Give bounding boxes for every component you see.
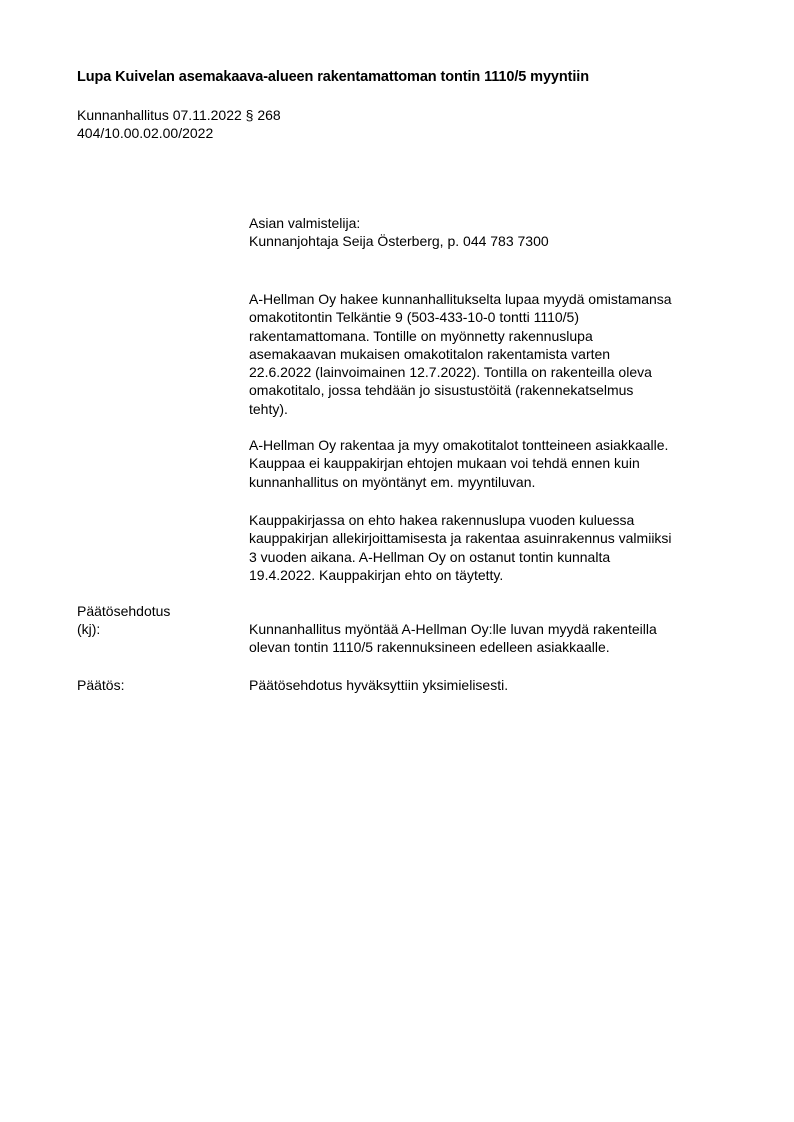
text-line: tehty).: [249, 400, 739, 418]
text-line: Päätösehdotus hyväksyttiin yksimielisest…: [249, 676, 739, 694]
proposal-label-line1: Päätösehdotus: [77, 602, 170, 620]
decision-text: Päätösehdotus hyväksyttiin yksimielisest…: [249, 676, 739, 694]
paragraph-sales: A-Hellman Oy rakentaa ja myy omakotitalo…: [249, 436, 739, 491]
record-number: 404/10.00.02.00/2022: [77, 124, 213, 142]
document-title: Lupa Kuivelan asemakaava-alueen rakentam…: [77, 69, 589, 85]
text-line: rakentamattomana. Tontille on myönnetty …: [249, 327, 739, 345]
text-line: olevan tontin 1110/5 rakennuksineen edel…: [249, 638, 739, 656]
preparer-label: Asian valmistelija:: [249, 214, 739, 232]
proposal-label: Päätösehdotus (kj):: [77, 602, 170, 639]
text-line: Kauppakirjassa on ehto hakea rakennuslup…: [249, 511, 739, 529]
text-line: kunnanhallitus on myöntänyt em. myyntilu…: [249, 473, 739, 491]
preparer-person: Kunnanjohtaja Seija Österberg, p. 044 78…: [249, 232, 739, 250]
paragraph-application: A-Hellman Oy hakee kunnanhallitukselta l…: [249, 290, 739, 418]
paragraph-contract-terms: Kauppakirjassa on ehto hakea rakennuslup…: [249, 511, 739, 584]
text-line: Kauppaa ei kauppakirjan ehtojen mukaan v…: [249, 454, 739, 472]
preparer-section: Asian valmistelija: Kunnanjohtaja Seija …: [249, 214, 739, 251]
text-line: Kunnanhallitus myöntää A-Hellman Oy:lle …: [249, 620, 739, 638]
text-line: kauppakirjan allekirjoittamisesta ja rak…: [249, 529, 739, 547]
decision-label: Päätös:: [77, 676, 124, 694]
text-line: A-Hellman Oy hakee kunnanhallitukselta l…: [249, 290, 739, 308]
text-line: 3 vuoden aikana. A-Hellman Oy on ostanut…: [249, 548, 739, 566]
proposal-text: Kunnanhallitus myöntää A-Hellman Oy:lle …: [249, 620, 739, 657]
text-line: 19.4.2022. Kauppakirjan ehto on täytetty…: [249, 566, 739, 584]
proposal-label-line2: (kj):: [77, 620, 170, 638]
text-line: 22.6.2022 (lainvoimainen 12.7.2022). Ton…: [249, 363, 739, 381]
meeting-reference: Kunnanhallitus 07.11.2022 § 268: [77, 106, 281, 124]
text-line: A-Hellman Oy rakentaa ja myy omakotitalo…: [249, 436, 739, 454]
text-line: omakotitalo, jossa tehdään jo sisustustö…: [249, 381, 739, 399]
text-line: omakotitontin Telkäntie 9 (503-433-10-0 …: [249, 308, 739, 326]
text-line: asemakaavan mukaisen omakotitalon rakent…: [249, 345, 739, 363]
